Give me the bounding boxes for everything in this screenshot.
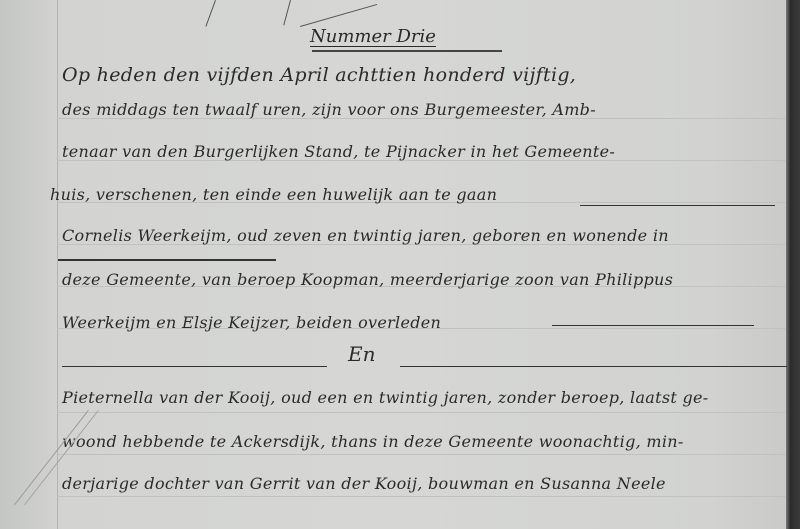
- name-underline: [58, 259, 276, 261]
- text-line-1: Op heden den vijfden April achttien hond…: [62, 64, 576, 86]
- line-text: derjarige dochter van Gerrit van der Koo…: [62, 474, 666, 493]
- separator-line-left: [62, 366, 327, 367]
- line-text: Cornelis Weerkeijm, oud zeven en twintig…: [62, 226, 669, 245]
- line-text: deze Gemeente, van beroep Koopman, meerd…: [62, 270, 673, 289]
- text-line-5: Cornelis Weerkeijm, oud zeven en twintig…: [62, 226, 669, 245]
- text-line-6: deze Gemeente, van beroep Koopman, meerd…: [62, 270, 673, 289]
- line-text: huis, verschenen, ten einde een huwelijk…: [50, 185, 497, 204]
- line-text: woond hebbende te Ackersdijk, thans in d…: [62, 432, 684, 451]
- text-line-4: huis, verschenen, ten einde een huwelijk…: [50, 185, 497, 204]
- heading-underline: [312, 50, 502, 52]
- ruled-line: [57, 496, 786, 497]
- text-line-8: Pieternella van der Kooij, oud een en tw…: [62, 388, 709, 407]
- fill-dash: [552, 325, 754, 326]
- text-line-9: woond hebbende te Ackersdijk, thans in d…: [62, 432, 684, 451]
- line-text: Op heden den vijfden April achttien hond…: [62, 64, 576, 86]
- separator-en: En: [348, 342, 375, 366]
- text-line-2: des middags ten twaalf uren, zijn voor o…: [62, 100, 596, 119]
- ruled-line: [57, 412, 786, 413]
- page-edge: [786, 0, 800, 529]
- text-line-10: derjarige dochter van Gerrit van der Koo…: [62, 474, 666, 493]
- line-text: tenaar van den Burgerlijken Stand, te Pi…: [62, 142, 615, 161]
- line-text: Weerkeijm en Elsje Keijzer, beiden overl…: [62, 313, 441, 332]
- text-line-7: Weerkeijm en Elsje Keijzer, beiden overl…: [62, 313, 441, 332]
- text-line-3: tenaar van den Burgerlijken Stand, te Pi…: [62, 142, 615, 161]
- ruled-line: [57, 454, 786, 455]
- line-text: Pieternella van der Kooij, oud een en tw…: [62, 388, 709, 407]
- line-text: des middags ten twaalf uren, zijn voor o…: [62, 100, 596, 119]
- separator-line-right: [400, 366, 787, 367]
- fill-dash: [580, 205, 775, 206]
- record-heading: Nummer Drie: [310, 26, 436, 47]
